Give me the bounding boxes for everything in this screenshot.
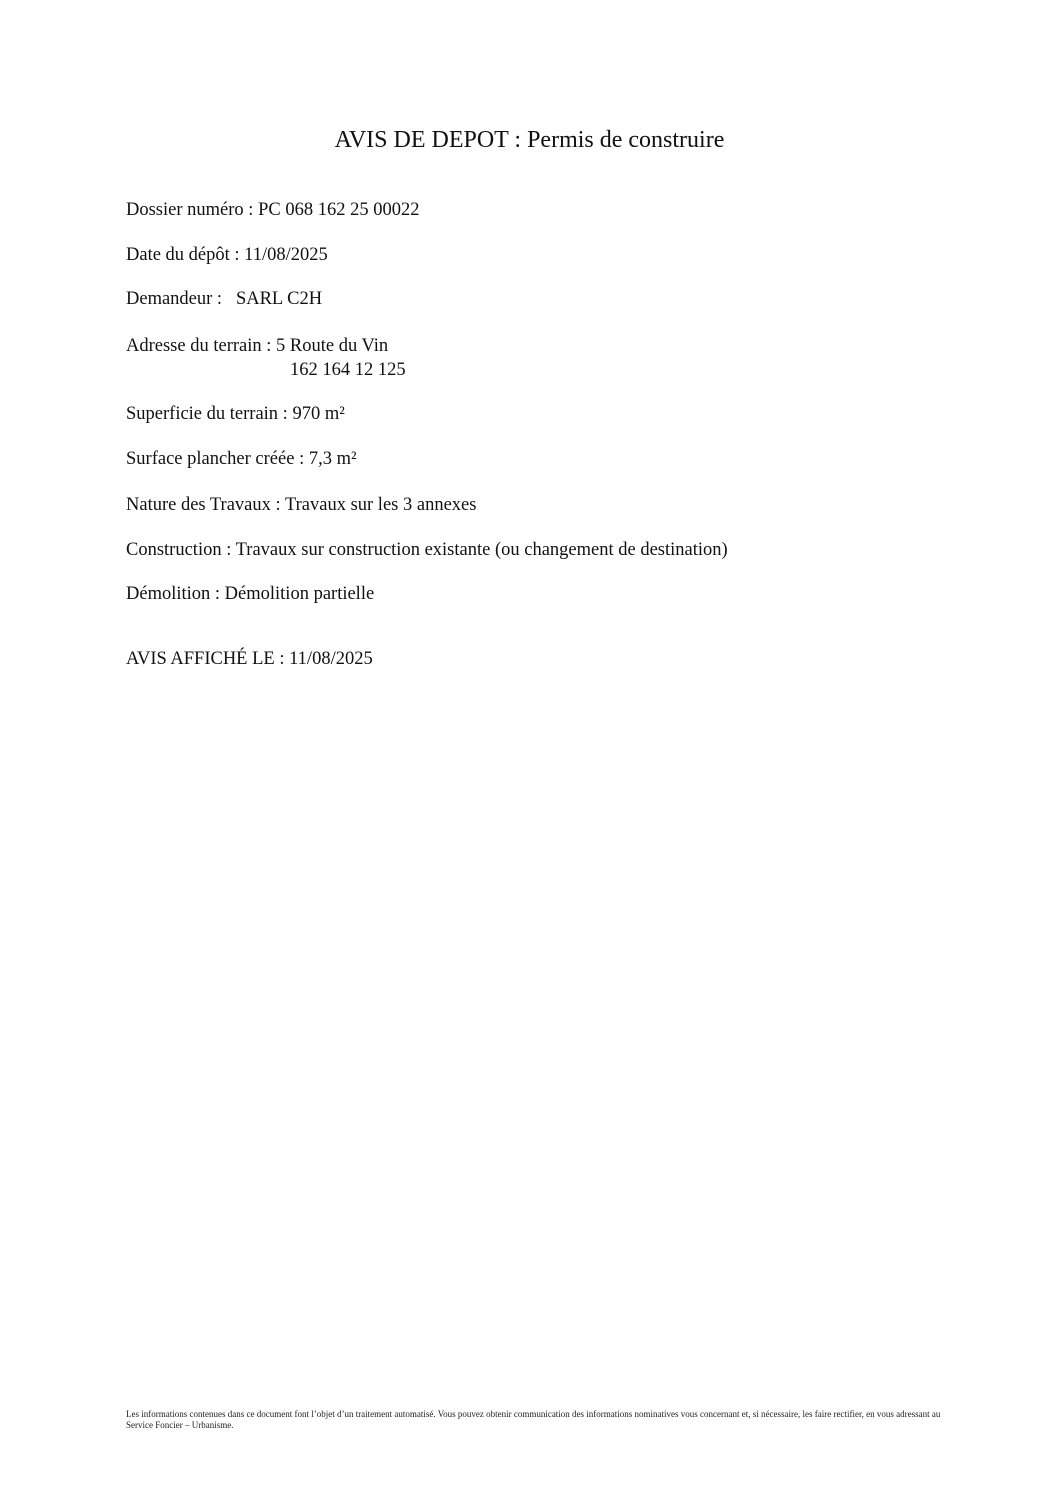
privacy-footer-note: Les informations contenues dans ce docum… [126, 1409, 941, 1431]
field-nature-travaux: Nature des Travaux : Travaux sur les 3 a… [126, 493, 476, 517]
field-value: Travaux sur les 3 annexes [285, 495, 476, 515]
field-surface-plancher: Surface plancher créée : 7,3 m² [126, 447, 357, 471]
field-separator: : [212, 289, 236, 309]
field-value: PC 068 162 25 00022 [258, 200, 419, 220]
field-value: 11/08/2025 [289, 649, 373, 669]
field-date-depot: Date du dépôt : 11/08/2025 [126, 243, 328, 267]
field-separator: : [230, 245, 244, 265]
field-separator: : [210, 584, 224, 604]
field-value: 7,3 m² [309, 449, 357, 469]
field-separator: : [262, 336, 276, 356]
field-separator: : [275, 649, 289, 669]
field-value: Démolition partielle [225, 584, 375, 604]
field-demandeur: Demandeur : SARL C2H [126, 287, 322, 311]
field-value: 11/08/2025 [244, 245, 328, 265]
page-title: AVIS DE DEPOT : Permis de construire [0, 124, 1059, 156]
field-label: Construction [126, 540, 222, 560]
field-separator: : [278, 404, 292, 424]
field-label: Dossier numéro [126, 200, 244, 220]
field-dossier-numero: Dossier numéro : PC 068 162 25 00022 [126, 198, 419, 222]
field-separator: : [222, 540, 236, 560]
field-value: 970 m² [292, 404, 344, 424]
field-construction: Construction : Travaux sur construction … [126, 538, 728, 562]
field-label: Superficie du terrain [126, 404, 278, 424]
field-separator: : [271, 495, 285, 515]
field-label: Nature des Travaux [126, 495, 271, 515]
field-label: Adresse du terrain [126, 336, 262, 356]
field-value: 5 Route du Vin [276, 336, 388, 356]
field-label: Surface plancher créée [126, 449, 294, 469]
field-value: SARL C2H [236, 289, 322, 309]
field-value: Travaux sur construction existante (ou c… [236, 540, 728, 560]
field-adresse-terrain-line2: 162 164 12 125 [290, 358, 406, 382]
field-separator: : [244, 200, 258, 220]
field-label: Date du dépôt [126, 245, 230, 265]
field-label: AVIS AFFICHÉ LE [126, 649, 275, 669]
field-separator: : [294, 449, 308, 469]
field-adresse-terrain: Adresse du terrain : 5 Route du Vin [126, 334, 388, 358]
field-superficie-terrain: Superficie du terrain : 970 m² [126, 402, 345, 426]
field-label: Demandeur [126, 289, 212, 309]
avis-affiche-date: AVIS AFFICHÉ LE : 11/08/2025 [126, 647, 373, 671]
field-demolition: Démolition : Démolition partielle [126, 582, 374, 606]
field-label: Démolition [126, 584, 210, 604]
